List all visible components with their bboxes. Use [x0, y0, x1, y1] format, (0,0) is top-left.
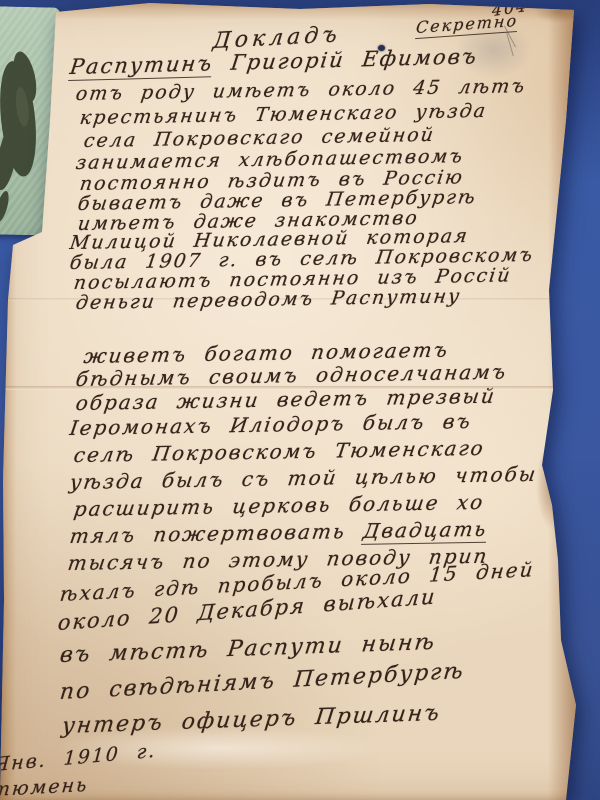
handwritten-line: села Покровскаго семейной: [82, 124, 436, 152]
handwritten-line: Іеромонахъ Иліодоръ былъ въ: [68, 409, 473, 440]
handwritten-line: селѣ Покровскомъ Тюменскаго: [72, 436, 486, 467]
paper-edge-stain-right: [548, 0, 578, 800]
paper-crease-upper: [0, 298, 600, 301]
secret-stamp: Секретно: [415, 11, 519, 39]
handwritten-line: занимается хлѣбопашествомъ: [74, 145, 465, 174]
handwritten-line: уѣзда былъ съ той цѣлью чтобы: [68, 462, 539, 494]
handwritten-line: расширить церковь больше хо: [72, 490, 486, 521]
place-note: тюмень: [0, 774, 90, 800]
handwritten-line: около 20 Декабря выѣхали: [57, 584, 438, 635]
handwritten-line: была 1907 г. въ селѣ Покровскомъ: [68, 244, 535, 274]
report-sheet: 404 Секретно Докладъ Распутинъ Григорій …: [0, 0, 600, 800]
handwritten-line: постоянно ѣздитъ въ Россію: [78, 166, 465, 195]
faded-patch: [55, 726, 385, 770]
handwritten-line: образа жизни ведетъ трезвый: [74, 384, 497, 415]
smudge-stain: [455, 22, 533, 78]
document-title: Докладъ: [212, 22, 342, 54]
ink-blot: [378, 45, 385, 51]
handwritten-line: бѣднымъ своимъ односелчанамъ: [74, 359, 509, 391]
handwritten-line: тялъ пожертвовать Двадцать: [68, 517, 489, 548]
torn-edge-stain: [536, 440, 570, 530]
date-note: Янв. 1910 г.: [0, 740, 157, 776]
handwritten-line: Распутинъ Григорій Ефимовъ: [68, 44, 479, 79]
document-lines: Распутинъ Григорій Ефимовъотъ роду имѣет…: [0, 0, 600, 800]
paper-edge-stain-top: [40, 0, 580, 20]
handwritten-line: деньги переводомъ Распутину: [74, 285, 462, 314]
page-number: 404: [492, 0, 529, 20]
handwritten-line: унтеръ офицеръ Пршлинъ: [60, 701, 442, 739]
handwritten-line: посылаютъ постоянно изъ Россій: [72, 264, 513, 294]
paper-crease-lower: [0, 386, 600, 390]
paper-edge-stain-left: [0, 228, 16, 800]
handwritten-line: Милицой Николаевной которая: [68, 225, 470, 254]
handwritten-line: отъ роду имѣетъ около 45 лѣтъ: [74, 75, 527, 105]
handwritten-line: ѣхалъ гдѣ пробылъ около 15 дней: [59, 557, 536, 606]
handwritten-line: имѣетъ даже знакомство: [76, 207, 420, 235]
handwritten-line: крестьянинъ Тюменскаго уѣзда: [78, 100, 488, 129]
corner-stain: [502, 0, 582, 58]
handwritten-line: въ мѣстѣ Распути нынѣ: [58, 630, 437, 668]
handwritten-line: бываетъ даже въ Петербургѣ: [76, 186, 478, 215]
handwritten-line: живетъ богато помогаетъ: [82, 338, 450, 368]
pencil-mark: [498, 30, 522, 56]
handwritten-line: по свѣдѣніямъ Петербургѣ: [59, 659, 466, 705]
photo-of-document: 404 Секретно Докладъ Распутинъ Григорій …: [0, 0, 600, 800]
handwritten-line: тысячъ по этому поводу прип: [66, 544, 490, 575]
paper-surface: 404 Секретно Докладъ Распутинъ Григорій …: [0, 0, 600, 800]
